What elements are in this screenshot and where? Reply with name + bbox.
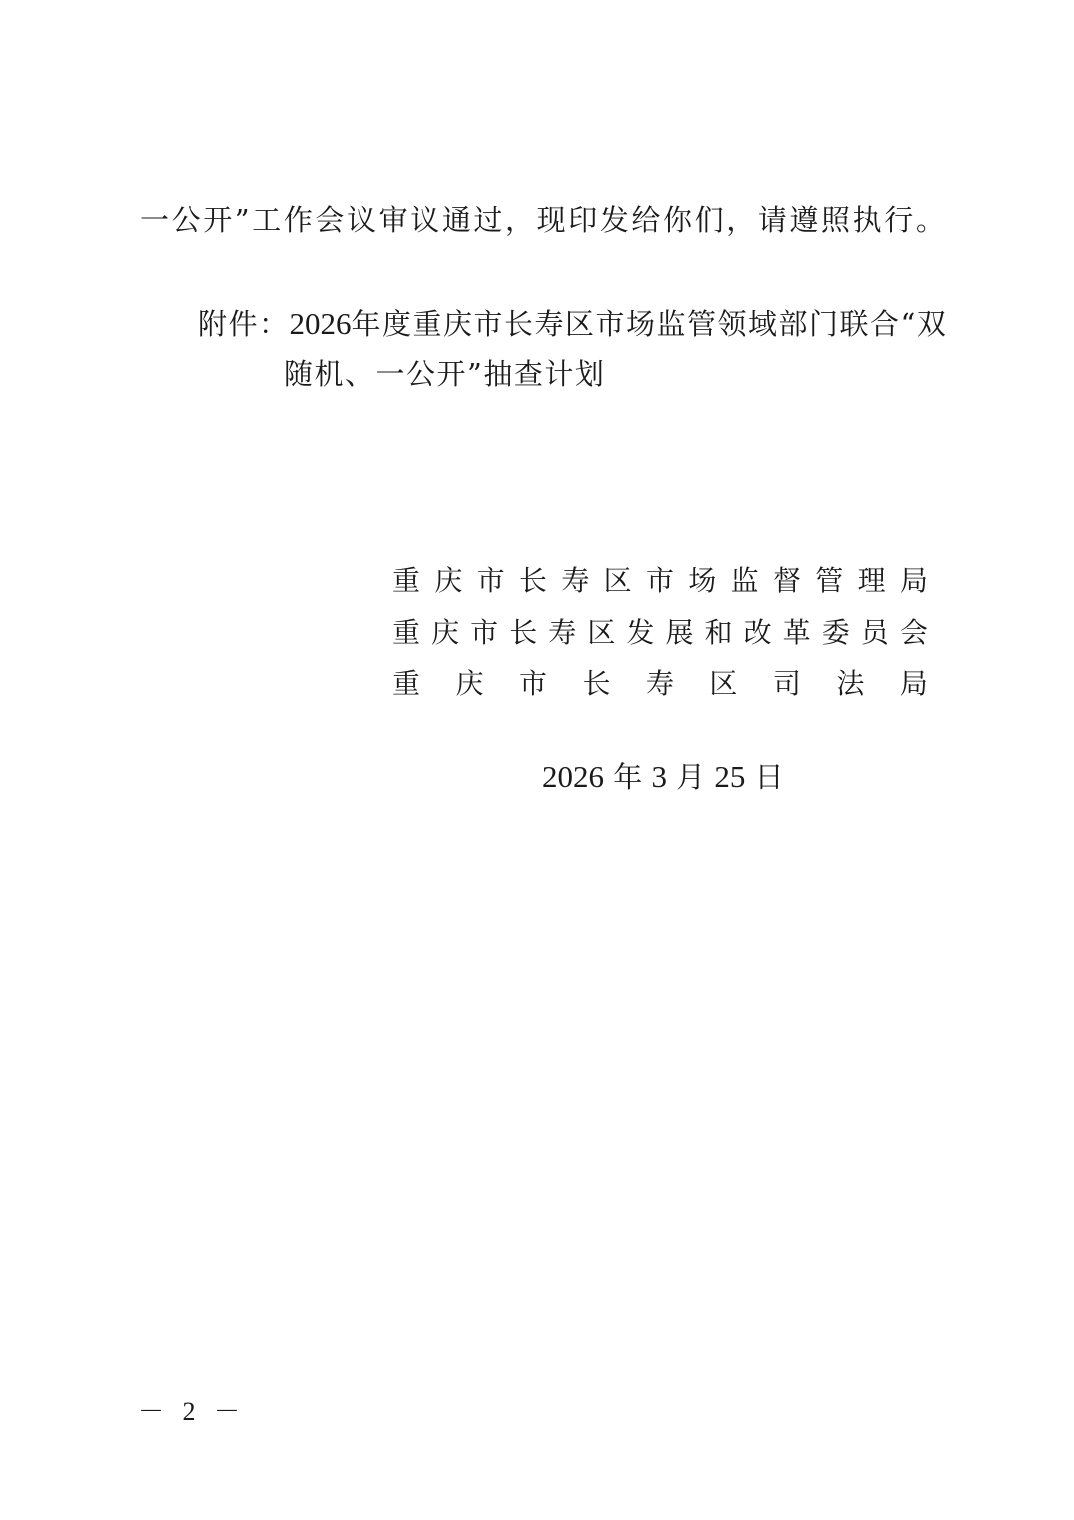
sig-char: 长 [519, 561, 547, 601]
sig-char: 市 [646, 561, 674, 601]
sig-char: 局 [900, 664, 928, 704]
sig-char: 员 [861, 613, 889, 653]
sig-char: 监 [731, 561, 759, 601]
issue-date: 2026 年 3 月 25 日 [542, 757, 784, 797]
sig-char: 委 [822, 613, 850, 653]
sig-char: 重 [392, 561, 420, 601]
sig-char: 寿 [561, 561, 589, 601]
sig-char: 市 [519, 664, 547, 704]
sig-char: 区 [587, 613, 615, 653]
sig-char: 会 [900, 613, 928, 653]
sig-char: 庆 [455, 664, 483, 704]
body-text-line: 一公开”工作会议审议通过，现印发给你们，请遵照执行。 [140, 200, 947, 240]
sig-char: 重 [392, 613, 420, 653]
attachment-year: 2026 [290, 306, 352, 341]
sig-char: 理 [858, 561, 886, 601]
signatory-development-reform: 重 庆 市 长 寿 区 发 展 和 改 革 委 员 会 [392, 613, 928, 653]
attachment-label: 附件： [198, 307, 290, 341]
sig-char: 区 [709, 664, 737, 704]
sig-char: 改 [744, 613, 772, 653]
sig-char: 重 [392, 664, 420, 704]
sig-char: 庆 [434, 561, 462, 601]
sig-char: 督 [773, 561, 801, 601]
sig-char: 司 [773, 664, 801, 704]
sig-char: 局 [900, 561, 928, 601]
attachment-line-1: 附件：2026年度重庆市长寿区市场监管领域部门联合“双 [198, 304, 947, 344]
sig-char: 管 [815, 561, 843, 601]
attachment-line-2: 随机、一公开”抽查计划 [284, 354, 605, 394]
sig-char: 和 [705, 613, 733, 653]
attachment-title-part1: 年度重庆市长寿区市场监管领域部门联合“双 [352, 307, 948, 341]
page-number: － 2 － [138, 1394, 246, 1430]
sig-char: 发 [626, 613, 654, 653]
date-year-unit: 年 [613, 760, 642, 794]
date-month-unit: 月 [676, 760, 705, 794]
sig-char: 市 [477, 561, 505, 601]
sig-char: 寿 [646, 664, 674, 704]
signatory-justice-bureau: 重 庆 市 长 寿 区 司 法 局 [392, 664, 928, 704]
sig-char: 展 [665, 613, 693, 653]
sig-char: 法 [836, 664, 864, 704]
sig-char: 市 [470, 613, 498, 653]
signatory-market-supervision: 重 庆 市 长 寿 区 市 场 监 督 管 理 局 [392, 561, 928, 601]
sig-char: 场 [688, 561, 716, 601]
sig-char: 长 [509, 613, 537, 653]
sig-char: 寿 [548, 613, 576, 653]
date-year: 2026 [542, 759, 604, 794]
sig-char: 长 [582, 664, 610, 704]
sig-char: 革 [783, 613, 811, 653]
date-day: 25 [714, 759, 745, 794]
sig-char: 区 [604, 561, 632, 601]
sig-char: 庆 [431, 613, 459, 653]
date-month: 3 [651, 759, 667, 794]
date-day-unit: 日 [755, 760, 784, 794]
